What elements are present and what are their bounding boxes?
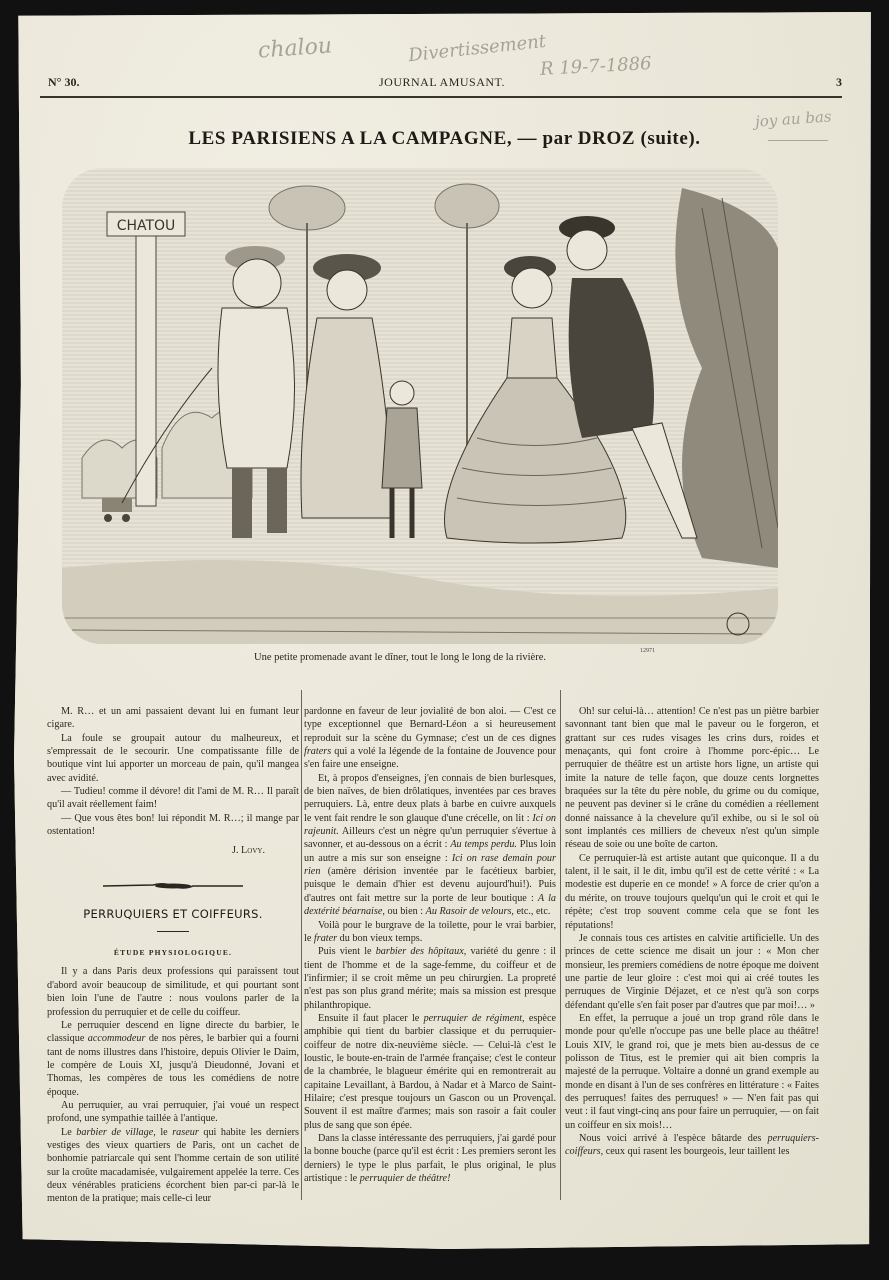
paragraph: Oh! sur celui-là… attention! Ce n'est pa… <box>565 705 819 852</box>
paragraph: Voilà pour le burgrave de la toilette, p… <box>304 919 556 946</box>
page-number: 3 <box>836 75 842 90</box>
paragraph: Ensuite il faut placer le perruquier de … <box>304 1012 556 1132</box>
engraving-drawing: CHATOU <box>62 168 778 644</box>
section-rule <box>157 931 189 932</box>
engraving-illustration: CHATOU <box>62 168 778 644</box>
paragraph: Le perruquier descend en ligne directe d… <box>47 1019 299 1099</box>
paragraph: Puis vient le barbier des hôpitaux, vari… <box>304 945 556 1012</box>
paragraph: Il y a dans Paris deux professions qui p… <box>47 965 299 1018</box>
paragraph: Le barbier de village, le raseur qui hab… <box>47 1126 299 1206</box>
section-title: PERRUQUIERS ET COIFFEURS. <box>47 908 299 921</box>
paragraph: Au perruquier, au vrai perruquier, j'ai … <box>47 1099 299 1126</box>
page-header: N° 30. JOURNAL AMUSANT. 3 <box>42 75 842 93</box>
paragraph: Et, à propos d'enseignes, j'en connais d… <box>304 772 556 919</box>
ornament-divider <box>103 882 243 890</box>
column-3: Oh! sur celui-là… attention! Ce n'est pa… <box>565 705 819 1159</box>
paragraph: En effet, la perruque a joué un trop gra… <box>565 1012 819 1132</box>
header-rule <box>40 96 842 98</box>
paragraph: Ce perruquier-là est artiste autant que … <box>565 852 819 932</box>
column-1: M. R… et un ami passaient devant lui en … <box>47 705 299 1206</box>
illustration-caption: Une petite promenade avant le dîner, tou… <box>0 652 740 663</box>
paragraph: pardonne en faveur de leur jovialité de … <box>304 705 556 772</box>
page-title: LES PARISIENS A LA CAMPAGNE, — par DROZ … <box>0 128 889 150</box>
paragraph: Nous voici arrivé à l'espèce bâtarde des… <box>565 1132 819 1159</box>
author-signature: J. Lovy. <box>47 844 299 857</box>
paragraph: — Que vous êtes bon! lui répondit M. R…;… <box>47 812 299 839</box>
paragraph: Dans la classe intéressante des perruqui… <box>304 1132 556 1185</box>
paragraph: — Tudieu! comme il dévore! dit l'ami de … <box>47 785 299 812</box>
signpost-text: CHATOU <box>117 218 176 234</box>
column-divider-2 <box>560 690 561 1200</box>
paragraph: La foule se groupait autour du malheureu… <box>47 732 299 785</box>
journal-title: JOURNAL AMUSANT. <box>42 75 842 90</box>
handwritten-note-chalou: chalou <box>257 33 333 63</box>
column-2: pardonne en faveur de leur jovialité de … <box>304 705 556 1185</box>
plate-number: 12971 <box>640 648 655 654</box>
paragraph: Je connais tous ces artistes en calvitie… <box>565 932 819 1012</box>
paragraph: M. R… et un ami passaient devant lui en … <box>47 705 299 732</box>
section-subheading: ÉTUDE PHYSIOLOGIQUE. <box>47 946 299 959</box>
column-divider-1 <box>301 690 302 1200</box>
